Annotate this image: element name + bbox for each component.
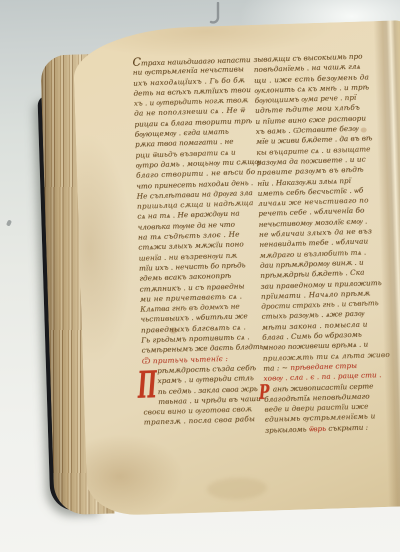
rubric-text: ѿврь <box>309 424 327 434</box>
foxing-stain <box>207 477 268 501</box>
initial-letter-er: Р <box>259 381 270 403</box>
text-column-right: зываѫщи съ высокыимь проповѣданїемь . на… <box>253 51 385 436</box>
rubric-text: прѣведане стры <box>290 361 357 372</box>
initial-letter-pe: П <box>137 363 158 406</box>
body-text: съкрыти : <box>326 422 368 432</box>
body-text: зрькыломь <box>265 424 309 434</box>
manuscript-book: Страха нашьдшааго напастини ѹстрьмленїа … <box>22 14 400 524</box>
body-text: та : ~ <box>263 363 290 373</box>
